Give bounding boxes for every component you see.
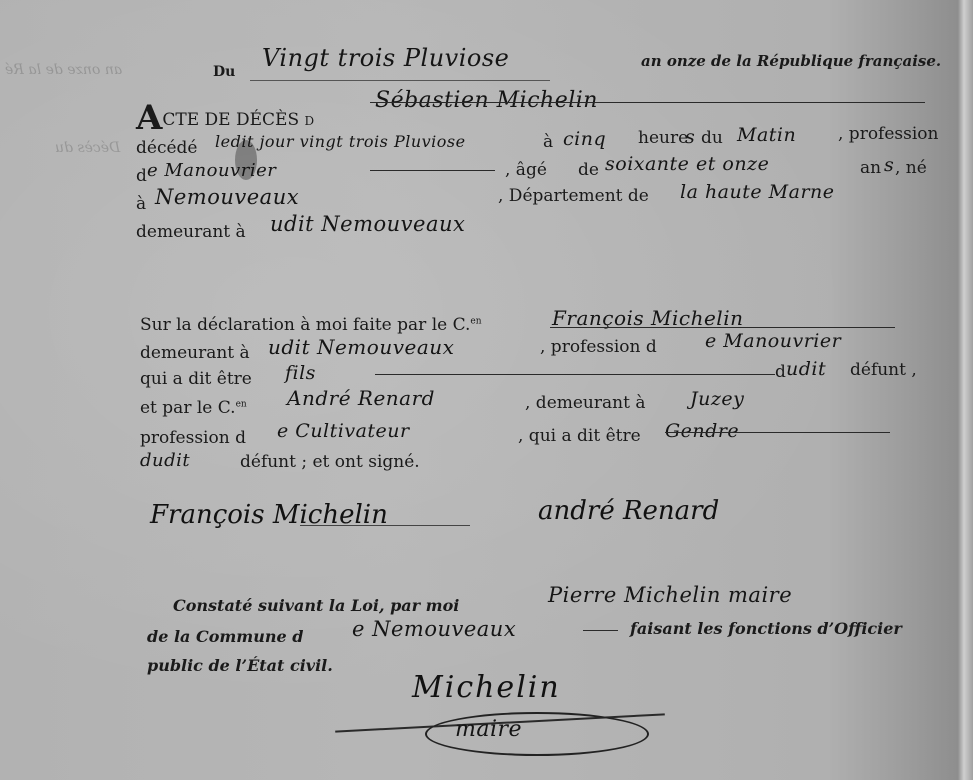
header-date-handwritten: Vingt trois Pluviose — [262, 44, 509, 72]
commune-rule — [583, 630, 618, 631]
declarant2-name: André Renard — [287, 386, 435, 410]
qui-a-dit2-label: , qui a dit être — [518, 426, 641, 446]
time-of-day: Matin — [737, 124, 796, 146]
declarant1-relation: fils — [285, 362, 316, 384]
deceased-rule — [370, 102, 925, 103]
mayor-signature: Michelin — [412, 670, 561, 705]
declarant2-profession-label: profession d — [140, 428, 246, 448]
closing-text: défunt ; et ont signé. — [240, 452, 420, 472]
demeurant-label: demeurant à — [136, 222, 246, 242]
declarant1-profession: e Manouvrier — [705, 330, 841, 352]
signature1-underline — [300, 525, 470, 526]
declarant2-signature: andré Renard — [538, 496, 719, 526]
declarant1-profession-label: , profession d — [540, 337, 657, 357]
departement-label: , Département de — [498, 186, 649, 206]
residence: udit Nemouveaux — [270, 212, 465, 236]
declarant1-demeurant-label: demeurant à — [140, 343, 250, 363]
et-par-text: et par le C. — [140, 398, 236, 418]
ans-label: an — [860, 158, 881, 178]
du-label: Du — [213, 64, 235, 80]
citoyen-sup-2: en — [236, 399, 247, 409]
certification-line2-prefix: de la Commune d — [147, 627, 303, 646]
relation2-rule — [665, 432, 890, 433]
certification-line1: Constaté suivant la Loi, par moi — [173, 596, 459, 615]
declarant2-relation: Gendre — [665, 420, 739, 442]
qui-a-dit-label: qui a dit être — [140, 369, 252, 389]
et-par-label: et par le C.en — [140, 398, 247, 418]
defunt1-label: défunt , — [850, 360, 917, 380]
officer-name: Pierre Michelin maire — [548, 583, 792, 607]
declarant1-rule — [550, 327, 895, 328]
page-spine — [958, 0, 973, 780]
act-title-text: CTE DE DÉCÈS d — [162, 110, 314, 130]
profession-label: , profession — [838, 124, 938, 144]
mayor-title: maire — [455, 717, 522, 742]
de-label: d — [136, 166, 147, 186]
declarant2-profession: e Cultivateur — [277, 420, 410, 442]
header-date-rule — [250, 80, 550, 81]
relation1-rule — [375, 374, 775, 375]
age-handwritten: soixante et onze — [605, 153, 769, 175]
dudit2: dudit — [140, 450, 190, 471]
heure-label: heure — [638, 128, 688, 148]
dudit1: udit — [786, 358, 826, 380]
header-year: an onze de la République française. — [641, 52, 941, 70]
certification-line3: public de l’État civil. — [147, 656, 333, 675]
declarant1-residence: udit Nemouveaux — [268, 335, 454, 359]
commune-name: e Nemouveaux — [352, 617, 516, 641]
death-hour: cinq — [563, 128, 606, 150]
birth-a-label: à — [136, 194, 146, 214]
deceased-profession: e Manouvrier — [147, 160, 276, 181]
ne-label: , né — [895, 158, 927, 178]
bleed-through-text: an onze de la Ré — [5, 62, 122, 78]
age-label: , âgé — [505, 160, 547, 180]
age-de-label: de — [578, 160, 599, 180]
profession-rule — [370, 170, 495, 171]
deceased-name: Sébastien Michelin — [375, 88, 598, 113]
declaration-intro-text: Sur la déclaration à moi faite par le C. — [140, 315, 470, 335]
certification-line2-suffix: faisant les fonctions d’Officier — [630, 619, 902, 638]
ink-blot — [235, 140, 257, 180]
citoyen-sup: en — [470, 316, 481, 326]
departement: la haute Marne — [680, 181, 835, 203]
act-title-initial: A — [136, 98, 162, 138]
bleed-through-text: Décès du — [55, 140, 120, 156]
du-time-label: du — [701, 128, 723, 148]
declarant2-residence: Juzey — [690, 388, 744, 410]
declaration-intro: Sur la déclaration à moi faite par le C.… — [140, 315, 482, 335]
dudit1-prefix: d — [775, 362, 786, 382]
heure-suffix: s — [685, 126, 695, 148]
declarant2-demeurant-label: , demeurant à — [525, 393, 645, 413]
decede-label: décédé — [136, 138, 197, 158]
birthplace: Nemouveaux — [155, 185, 299, 209]
a-label: à — [543, 132, 553, 152]
ans-suffix: s — [884, 154, 894, 176]
document-page: an onze de la Ré Décès du Du Vingt trois… — [0, 0, 973, 780]
